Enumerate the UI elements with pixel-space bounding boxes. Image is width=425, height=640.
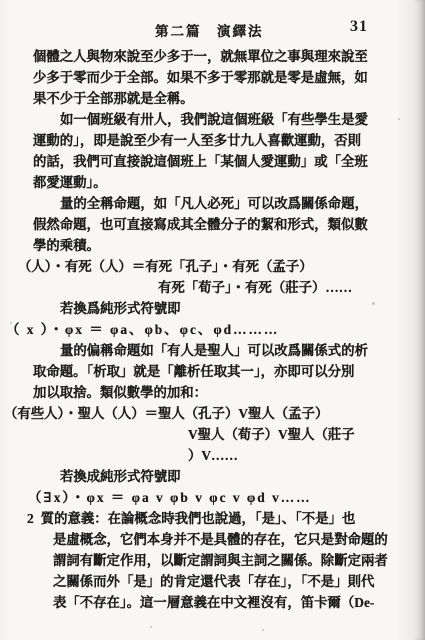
page-number: 31 bbox=[350, 18, 368, 36]
paragraph-line: 果不少于全部那就是全稱。 bbox=[0, 88, 425, 109]
paragraph-line: 謂詞有斷定作用，以斷定謂詞與主詞之關係。除斷定兩者 bbox=[0, 550, 425, 571]
paragraph-line: 取命題。「析取」就是「離析任取其一」，亦即可以分別 bbox=[0, 361, 425, 382]
paragraph-line: 是虛概念，它們本身并不是具體的存在，它只是對命題的 bbox=[0, 529, 425, 550]
page-header: 第二篇 演繹法 31 bbox=[0, 20, 425, 40]
formula-line-symbolic: （∃x）・φx ＝ φa v φb v φc v φd v…… bbox=[0, 487, 425, 508]
paragraph-line: 學的乘積。 bbox=[0, 235, 425, 256]
formula-line-conjunction: （人）・有死（人）＝有死「孔子」・有死（孟子） bbox=[0, 256, 425, 277]
chapter-title: 第二篇 演繹法 bbox=[155, 20, 264, 40]
paragraph-line: 的話，我們可直接說這個班上「某個人愛運動」或「全班 bbox=[0, 151, 425, 172]
paragraph-line: 加以取捨。類似數學的加和： bbox=[0, 382, 425, 403]
formula-line-disjunction: ）V…… bbox=[0, 445, 425, 466]
paragraph-line: 都愛運動」。 bbox=[0, 172, 425, 193]
numbered-item-line: 2質的意義：在論概念時我們也說過，「是」、「不是」也 bbox=[0, 508, 425, 529]
formula-line-symbolic: （ x ）・φx ＝ φa、φb、φc、φd……… bbox=[0, 319, 425, 340]
ink-speck bbox=[262, 629, 264, 631]
ink-speck bbox=[398, 118, 400, 120]
ink-speck bbox=[150, 626, 152, 628]
paragraph-line: 量的偏稱命題如「有人是聖人」可以改爲關係式的析 bbox=[0, 340, 425, 361]
formula-line-disjunction: V聖人（荀子）V聖人（莊子 bbox=[0, 424, 425, 445]
item-number: 2 bbox=[27, 508, 34, 529]
page-edge-shadow bbox=[415, 0, 425, 640]
ink-speck bbox=[372, 302, 375, 305]
formula-line-disjunction: （有些人）・聖人（人）＝聖人（孔子）V聖人（孟子） bbox=[0, 403, 425, 424]
paragraph-line: 之關係而外「是」的肯定還代表「存在」，「不是」則代 bbox=[0, 571, 425, 592]
paragraph-line: 如一個班級有卅人，我們說這個班級「有些學生是愛 bbox=[0, 109, 425, 130]
paragraph-line: 質的意義：在論概念時我們也說過，「是」、「不是」也 bbox=[41, 511, 356, 526]
book-page: 第二篇 演繹法 31 個體之人與物來說至少多于一，就無單位之事與理來說至 少多于… bbox=[0, 0, 425, 640]
paragraph-line: 量的全稱命題，如「凡人必死」可以改爲關係命題， bbox=[0, 193, 425, 214]
formula-line-conjunction: 有死「荀子」・有死（莊子）…… bbox=[0, 277, 425, 298]
paragraph-line: 少多于零而少于全部。如果不多于零那就是零是虛無，如 bbox=[0, 67, 425, 88]
paragraph-line: 個體之人與物來說至少多于一，就無單位之事與理來說至 bbox=[0, 46, 425, 67]
paragraph-line: 若換成純形式符號即 bbox=[0, 466, 425, 487]
paragraph-line: 若換爲純形式符號即 bbox=[0, 298, 425, 319]
ink-speck bbox=[10, 322, 12, 324]
paragraph-line: 運動的」，即是說至少有一人至多廿九人喜歡運動，否則 bbox=[0, 130, 425, 151]
page-body: 個體之人與物來說至少多于一，就無單位之事與理來說至 少多于零而少于全部。如果不多… bbox=[0, 46, 425, 613]
paragraph-line: 表「不存在」。這一層意義在中文裡沒有，笛卡爾（De- bbox=[0, 592, 425, 613]
paragraph-line: 假然命題，也可直接寫成其全體分子的絜和形式，類似數 bbox=[0, 214, 425, 235]
